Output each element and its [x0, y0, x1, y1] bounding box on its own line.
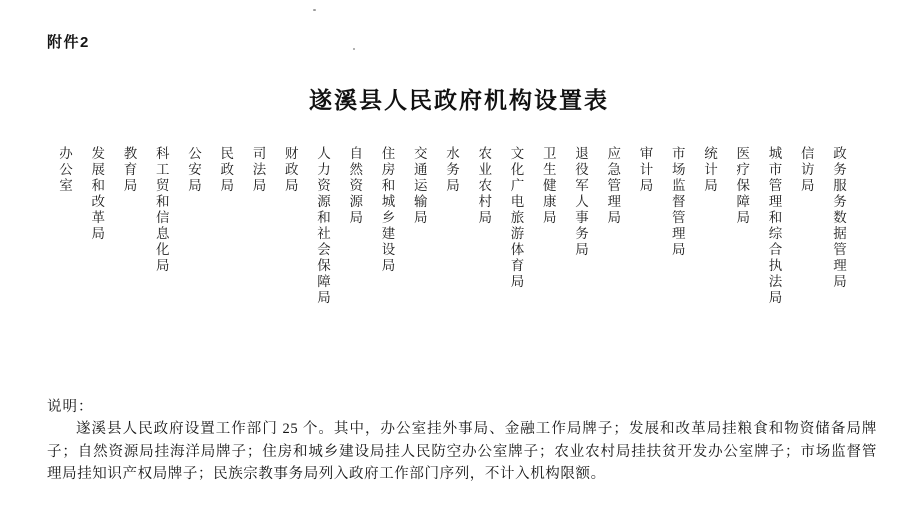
page-title: 遂溪县人民政府机构设置表: [0, 82, 918, 115]
department-column: 医疗保障局: [733, 146, 749, 226]
department-column: 人力资源和社会保障局: [314, 146, 330, 306]
department-column: 应急管理局: [604, 146, 620, 226]
department-column: 公安局: [185, 146, 201, 194]
department-column: 统计局: [701, 146, 717, 194]
department-column: 办公室: [56, 146, 72, 194]
department-column: 教育局: [121, 146, 137, 194]
attachment-label: 附件2: [47, 31, 90, 52]
department-column: 市场监督管理局: [669, 146, 685, 258]
department-column: 审计局: [637, 146, 653, 194]
department-column: 住房和城乡建设局: [379, 146, 395, 274]
department-column: 科工贸和信息化局: [153, 146, 169, 274]
department-column: 信访局: [798, 146, 814, 194]
department-column: 退役军人事务局: [572, 146, 588, 258]
note-section: 说明： 遂溪县人民政府设置工作部门 25 个。其中，办公室挂外事局、金融工作局牌…: [47, 396, 877, 486]
scan-speck: [313, 9, 316, 11]
department-column: 财政局: [282, 146, 298, 194]
scan-speck: [353, 48, 355, 50]
note-body: 遂溪县人民政府设置工作部门 25 个。其中，办公室挂外事局、金融工作局牌子；发展…: [47, 418, 877, 486]
department-column: 发展和改革局: [88, 146, 104, 242]
department-column: 政务服务数据管理局: [830, 146, 846, 290]
document-page: 附件2 遂溪县人民政府机构设置表 办公室发展和改革局教育局科工贸和信息化局公安局…: [0, 0, 918, 519]
department-column: 民政局: [217, 146, 233, 194]
department-list: 办公室发展和改革局教育局科工贸和信息化局公安局民政局司法局财政局人力资源和社会保…: [56, 146, 846, 326]
department-column: 城市管理和综合执法局: [766, 146, 782, 306]
department-column: 卫生健康局: [540, 146, 556, 226]
department-column: 文化广电旅游体育局: [508, 146, 524, 290]
department-column: 自然资源局: [346, 146, 362, 226]
department-column: 交通运输局: [411, 146, 427, 226]
department-column: 农业农村局: [475, 146, 491, 226]
department-column: 水务局: [443, 146, 459, 194]
department-column: 司法局: [250, 146, 266, 194]
note-label: 说明：: [47, 396, 877, 418]
